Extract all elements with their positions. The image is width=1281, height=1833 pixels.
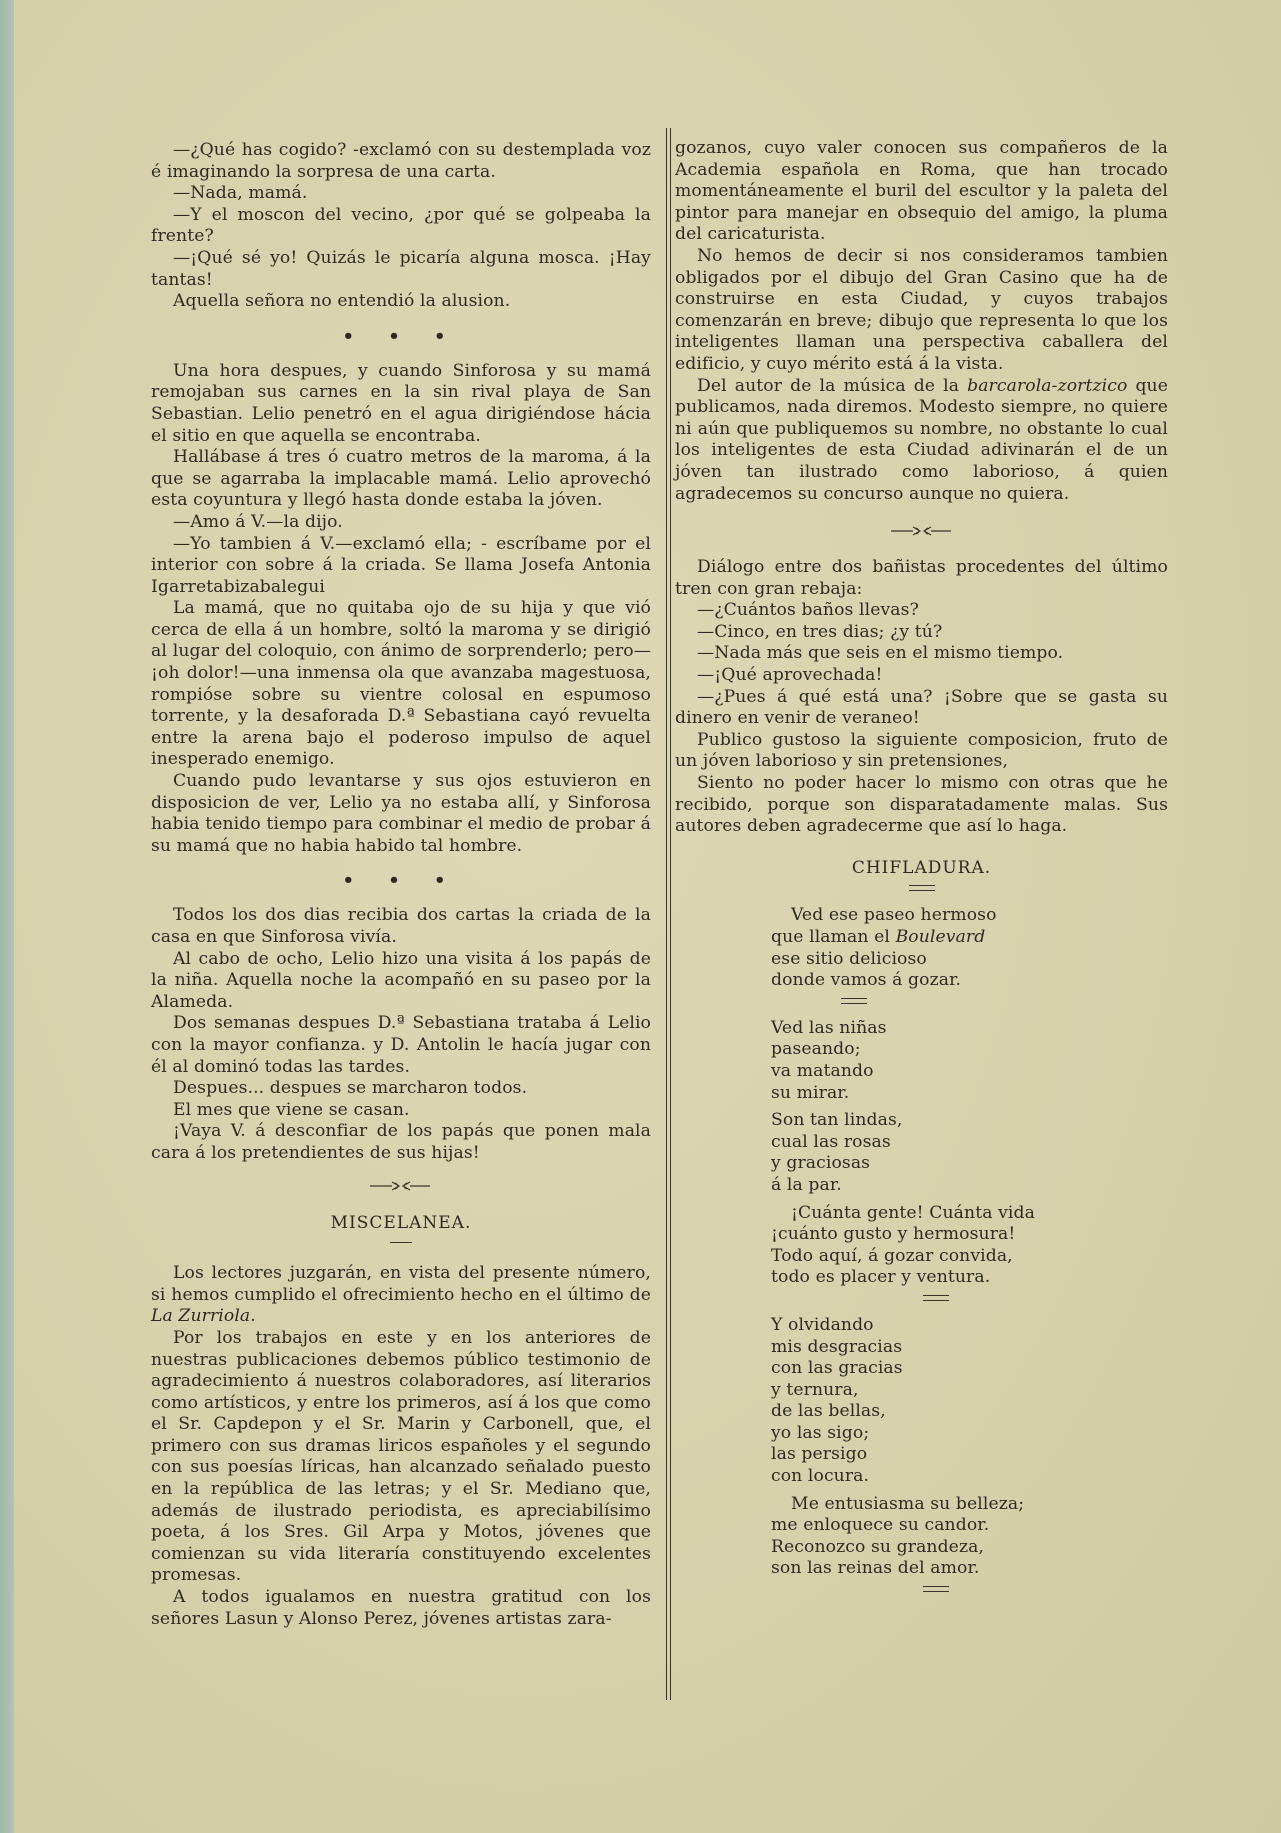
poem-line: las persigo bbox=[771, 1444, 1168, 1466]
publication-title: La Zurriola bbox=[151, 1306, 250, 1326]
paragraph: —¡Qué sé yo! Quizás le picaría alguna mo… bbox=[151, 248, 651, 291]
poem-stanza: Ved ese paseo hermoso que llaman el Boul… bbox=[771, 905, 1168, 991]
dialogue-line: —¿Pues á qué está una? ¡Sobre que se gas… bbox=[675, 687, 1168, 730]
paragraph: —¿Qué has cogido? -exclamó con su destem… bbox=[151, 140, 651, 183]
double-rule bbox=[841, 998, 867, 1004]
poem-line: Ved las niñas bbox=[771, 1018, 1168, 1040]
right-column: gozanos, cuyo valer conocen sus compañer… bbox=[675, 138, 1168, 1606]
dialogue-line: —Cinco, en tres dias; ¿y tú? bbox=[675, 622, 1168, 644]
poem-line: de las bellas, bbox=[771, 1401, 1168, 1423]
dialogue-line: —¡Qué aprovechada! bbox=[675, 665, 1168, 687]
paragraph: Despues... despues se marcharon todos. bbox=[151, 1078, 651, 1100]
poem-line: me enloquece su candor. bbox=[771, 1515, 1168, 1537]
poem-line: mis desgracias bbox=[771, 1337, 1168, 1359]
poem-line: Me entusiasma su belleza; bbox=[771, 1494, 1168, 1516]
short-rule bbox=[390, 1242, 412, 1243]
poem-line: ¡Cuánta gente! Cuánta vida bbox=[771, 1203, 1168, 1225]
poem-stanza: Y olvidando mis desgracias con las graci… bbox=[771, 1315, 1168, 1488]
ornament-divider-icon bbox=[675, 505, 1168, 557]
poem-line: Todo aquí, á gozar convida, bbox=[771, 1246, 1168, 1268]
paragraph: gozanos, cuyo valer conocen sus compañer… bbox=[675, 138, 1168, 246]
paragraph: La mamá, que no quitaba ojo de su hija y… bbox=[151, 598, 651, 771]
paragraph: Por los trabajos en este y en los anteri… bbox=[151, 1328, 651, 1587]
poem-line: paseando; bbox=[771, 1039, 1168, 1061]
music-title: barcarola-zortzico bbox=[967, 376, 1127, 396]
paragraph: Publico gustoso la siguiente composicion… bbox=[675, 730, 1168, 773]
double-rule bbox=[923, 1295, 949, 1301]
paragraph: Los lectores juzgarán, en vista del pres… bbox=[151, 1263, 651, 1328]
poem-line: son las reinas del amor. bbox=[771, 1558, 1168, 1580]
section-separator-dots: • • • bbox=[151, 857, 651, 905]
poem-line: Son tan lindas, bbox=[771, 1110, 1168, 1132]
poem-line: donde vamos á gozar. bbox=[771, 970, 1168, 992]
page-edge-strip bbox=[0, 0, 14, 1833]
paragraph: Siento no poder hacer lo mismo con otras… bbox=[675, 773, 1168, 838]
paragraph: —Yo tambien á V.—exclamó ella; - escríba… bbox=[151, 534, 651, 599]
paragraph: Del autor de la música de la barcarola-z… bbox=[675, 376, 1168, 506]
poem-line: ese sitio delicioso bbox=[771, 949, 1168, 971]
paragraph: —Amo á V.—la dijo. bbox=[151, 512, 651, 534]
poem-line: que llaman el Boulevard bbox=[771, 927, 1168, 949]
paragraph: Una hora despues, y cuando Sinforosa y s… bbox=[151, 361, 651, 447]
double-rule bbox=[909, 885, 935, 891]
poem-stanza: Me entusiasma su belleza; me enloquece s… bbox=[771, 1494, 1168, 1580]
poem: Ved ese paseo hermoso que llaman el Boul… bbox=[771, 905, 1168, 1592]
column-divider bbox=[666, 128, 671, 1700]
poem-line: Ved ese paseo hermoso bbox=[771, 905, 1168, 927]
paragraph: ¡Vaya V. á desconfiar de los papás que p… bbox=[151, 1121, 651, 1164]
paragraph: El mes que viene se casan. bbox=[151, 1100, 651, 1122]
dialogue-line: —¿Cuántos baños llevas? bbox=[675, 600, 1168, 622]
poem-line: y graciosas bbox=[771, 1153, 1168, 1175]
fleuron-icon bbox=[368, 1180, 434, 1192]
paragraph: No hemos de decir si nos consideramos ta… bbox=[675, 246, 1168, 376]
double-rule bbox=[923, 1586, 949, 1592]
left-column: —¿Qué has cogido? -exclamó con su destem… bbox=[151, 140, 651, 1630]
paragraph: A todos igualamos en nuestra gratitud co… bbox=[151, 1587, 651, 1630]
poem-line: ¡cuánto gusto y hermosura! bbox=[771, 1224, 1168, 1246]
section-heading-miscelanea: MISCELANEA. bbox=[151, 1213, 651, 1235]
poem-stanza: Ved las niñas paseando; va matando su mi… bbox=[771, 1018, 1168, 1104]
poem-line: con locura. bbox=[771, 1466, 1168, 1488]
poem-line: su mirar. bbox=[771, 1083, 1168, 1105]
paragraph: Dos semanas despues D.ª Sebastiana trata… bbox=[151, 1013, 651, 1078]
poem-title: CHIFLADURA. bbox=[675, 858, 1168, 880]
newspaper-page: —¿Qué has cogido? -exclamó con su destem… bbox=[14, 0, 1281, 1833]
poem-line: y ternura, bbox=[771, 1380, 1168, 1402]
ornament-divider-icon bbox=[151, 1165, 651, 1207]
poem-stanza: Son tan lindas, cual las rosas y gracios… bbox=[771, 1110, 1168, 1196]
paragraph: Hallábase á tres ó cuatro metros de la m… bbox=[151, 447, 651, 512]
paragraph: —Y el moscon del vecino, ¿por qué se gol… bbox=[151, 205, 651, 248]
poem-line: Y olvidando bbox=[771, 1315, 1168, 1337]
poem-line: yo las sigo; bbox=[771, 1423, 1168, 1445]
poem-line: Reconozco su grandeza, bbox=[771, 1537, 1168, 1559]
dialogue-line: —Nada más que seis en el mismo tiempo. bbox=[675, 643, 1168, 665]
paragraph: Diálogo entre dos bañistas procedentes d… bbox=[675, 557, 1168, 600]
section-separator-dots: • • • bbox=[151, 313, 651, 361]
paragraph: Aquella señora no entendió la alusion. bbox=[151, 291, 651, 313]
poem-stanza: ¡Cuánta gente! Cuánta vida ¡cuánto gusto… bbox=[771, 1203, 1168, 1289]
poem-line: todo es placer y ventura. bbox=[771, 1267, 1168, 1289]
poem-line: cual las rosas bbox=[771, 1132, 1168, 1154]
poem-line: va matando bbox=[771, 1061, 1168, 1083]
poem-line: á la par. bbox=[771, 1175, 1168, 1197]
paragraph: Todos los dos dias recibia dos cartas la… bbox=[151, 905, 651, 948]
fleuron-icon bbox=[889, 525, 955, 537]
paragraph: Al cabo de ocho, Lelio hizo una visita á… bbox=[151, 949, 651, 1014]
paragraph: Cuando pudo levantarse y sus ojos estuvi… bbox=[151, 771, 651, 857]
paragraph: —Nada, mamá. bbox=[151, 183, 651, 205]
poem-line: con las gracias bbox=[771, 1358, 1168, 1380]
